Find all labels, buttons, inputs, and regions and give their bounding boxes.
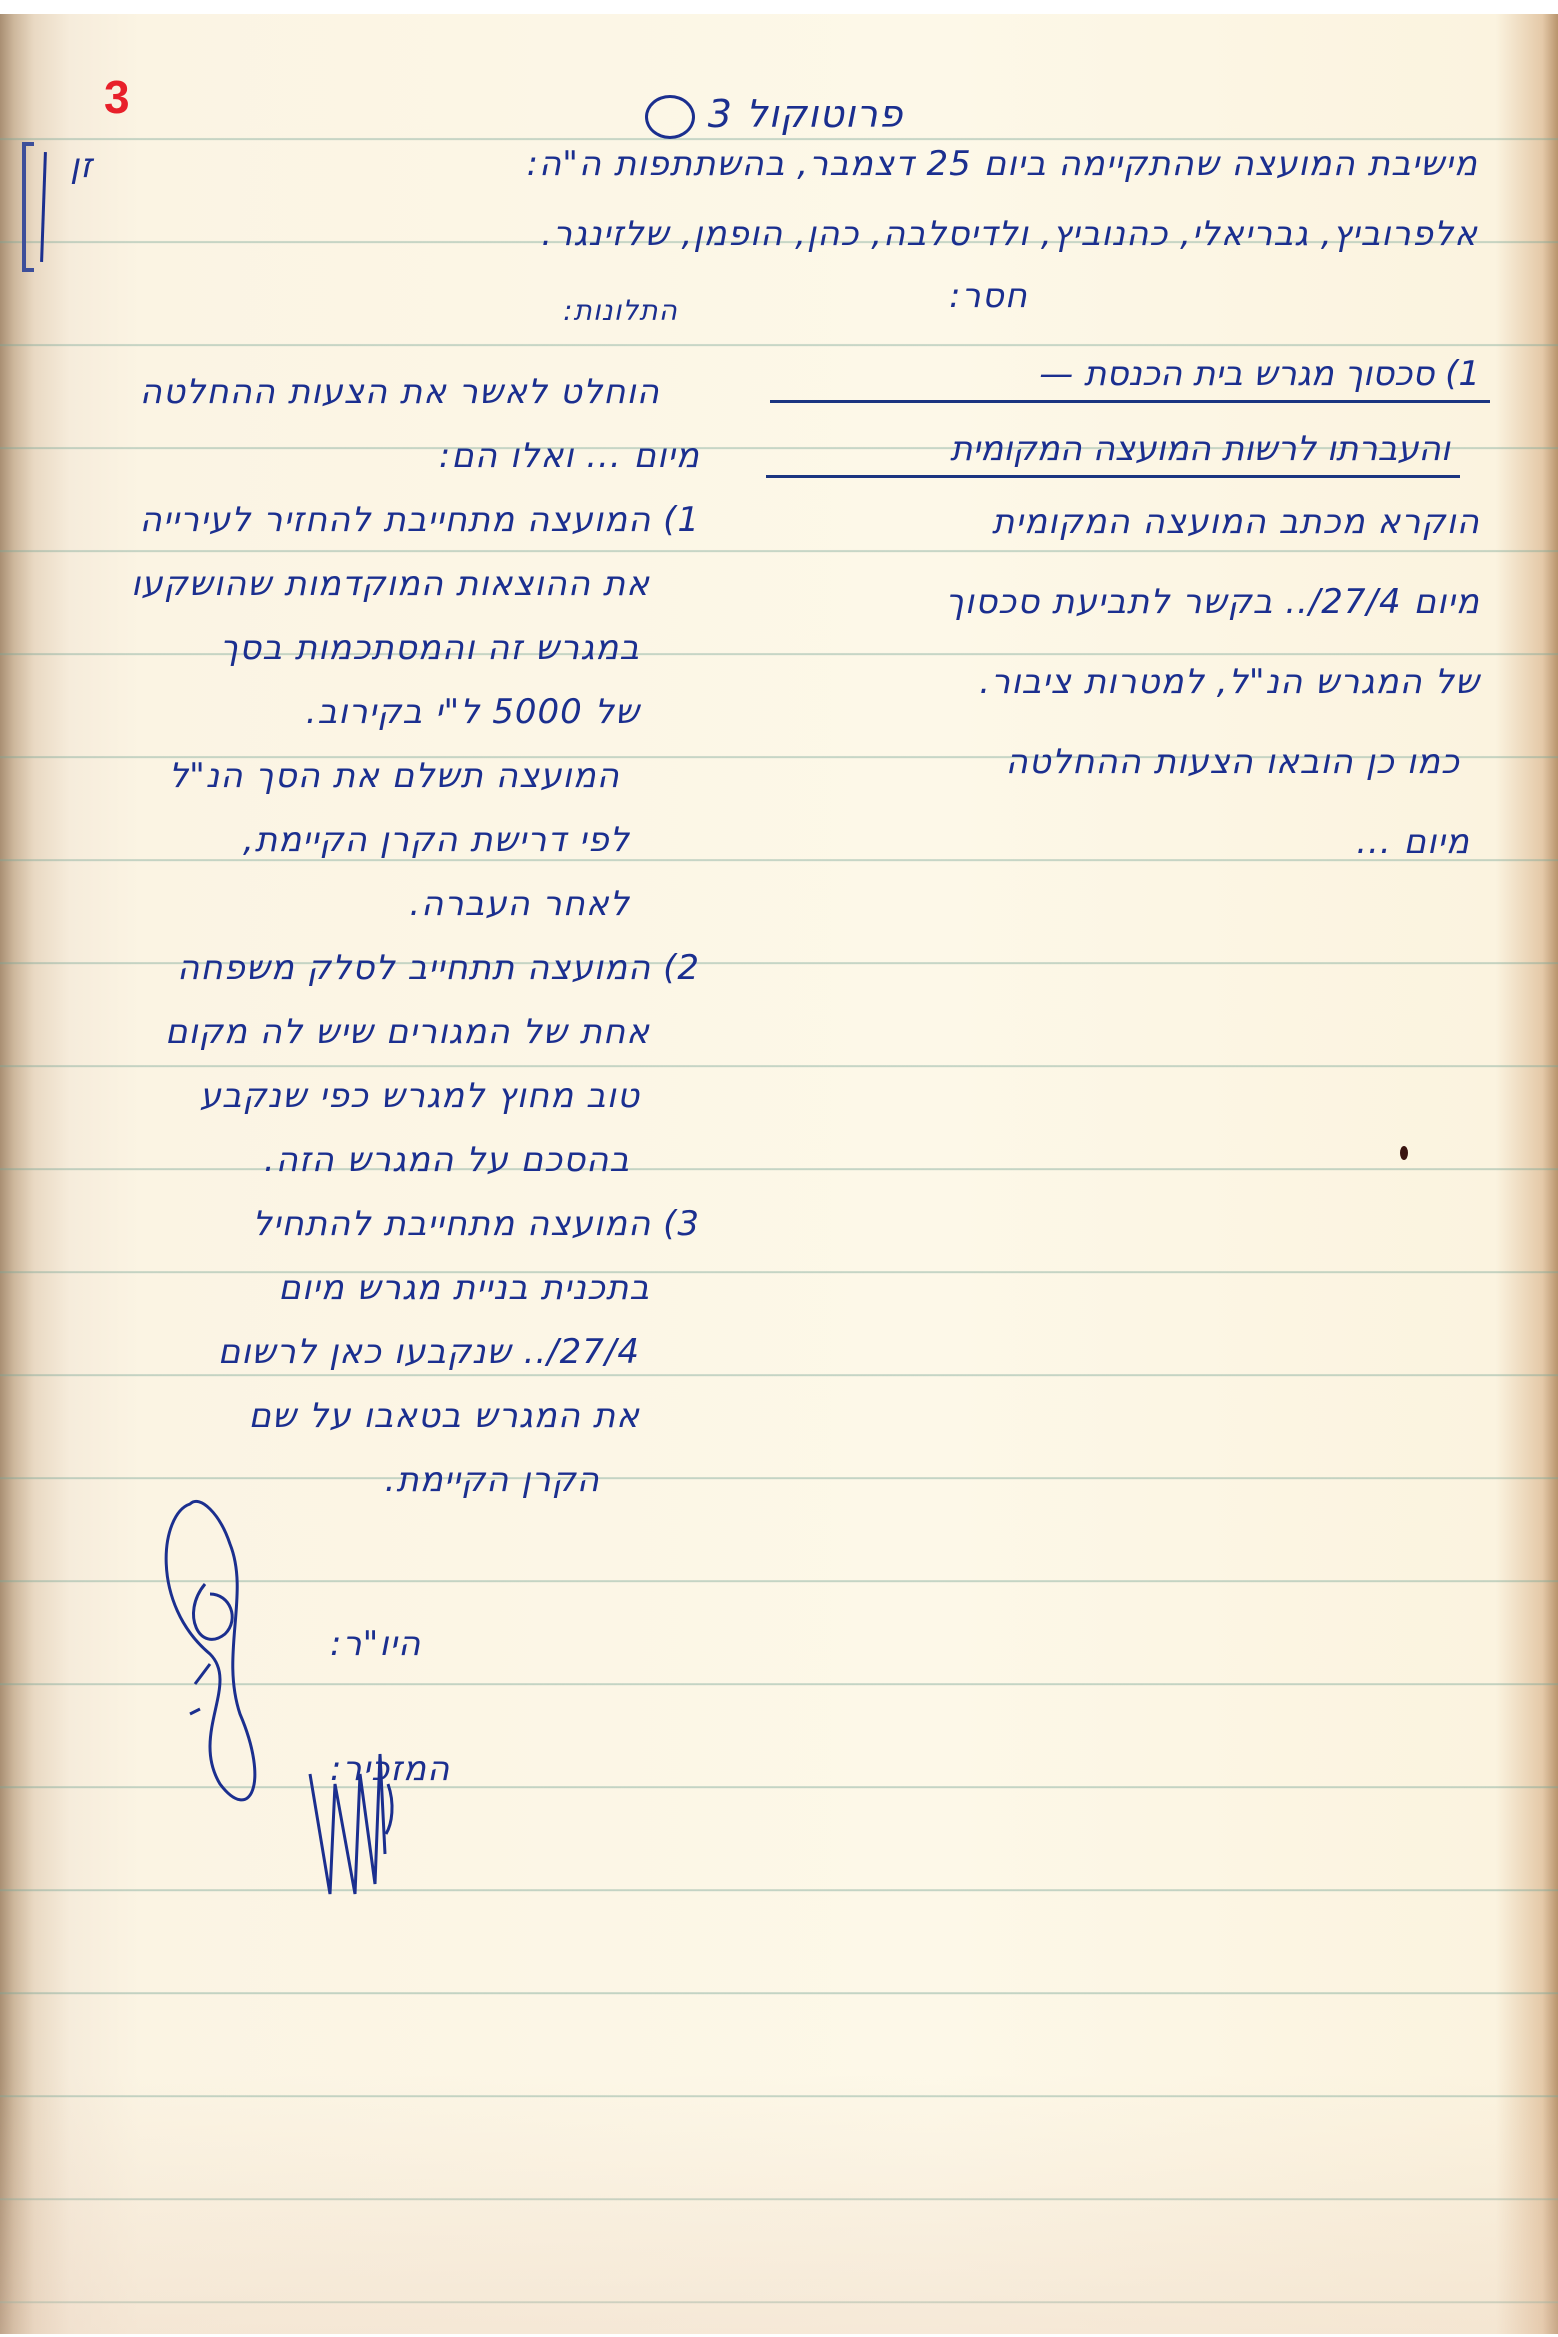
left-line: במגרש זה והמסתכמות בסך bbox=[0, 616, 640, 680]
ink-stain bbox=[1400, 1146, 1408, 1160]
scanned-page: 3 פרוטוקול 3 זן מישיבת המועצה שהתקיימה ב… bbox=[0, 14, 1558, 2334]
right-line: מיום 27/4/.. בקשר לתביעת סכסוך bbox=[760, 562, 1480, 642]
title-text: פרוטוקול 3 bbox=[708, 92, 904, 136]
left-line: 27/4/.. שנקבעו כאן לרשום bbox=[0, 1320, 640, 1384]
header-line-3: חסר: bbox=[949, 276, 1028, 316]
left-line: לאחר העברה. bbox=[0, 872, 630, 936]
left-line: בתכנית בניית מגרש מיום bbox=[0, 1256, 650, 1320]
left-line: מיום ... ואלו הם: bbox=[40, 424, 700, 488]
document-title: פרוטוקול 3 bbox=[560, 92, 980, 139]
left-line: של 5000 ל"י בקירוב. bbox=[0, 680, 640, 744]
chairman-signature bbox=[150, 1484, 300, 1814]
left-column-body: הוחלט לאשר את הצעות ההחלטה מיום ... ואלו… bbox=[40, 360, 700, 1512]
left-line: את המגרש בטאבו על שם bbox=[0, 1384, 640, 1448]
margin-note: זן bbox=[70, 146, 93, 186]
header-line-4: התלונות: bbox=[563, 294, 678, 327]
agenda-item-heading: 1) סכסוך מגרש בית הכנסת — והעברתו לרשות … bbox=[770, 354, 1490, 478]
left-line: אחת של המגורים שיש לה מקום bbox=[0, 1000, 650, 1064]
stamp-mark-icon bbox=[645, 95, 695, 139]
left-line: בהסכם על המגרש הזה. bbox=[0, 1128, 630, 1192]
right-line: כמו כן הובאו הצעות ההחלטה bbox=[740, 722, 1460, 802]
right-line: מיום ... bbox=[750, 802, 1470, 882]
heading-line-2: והעברתו לרשות המועצה המקומית bbox=[766, 429, 1460, 478]
left-line: 3) המועצה מתחייבת להתחיל bbox=[40, 1192, 700, 1256]
header-line-1: מישיבת המועצה שהתקיימה ביום 25 דצמבר, בה… bbox=[527, 144, 1478, 184]
right-line: של המגרש הנ"ל, למטרות ציבור. bbox=[760, 642, 1480, 722]
chairman-label: היו"ר: bbox=[330, 1624, 421, 1664]
right-column-body: הוקרא מכתב המועצה המקומית מיום 27/4/.. ב… bbox=[780, 482, 1500, 882]
left-line: את ההוצאות המוקדמות שהושקעו bbox=[0, 552, 650, 616]
left-line: הוחלט לאשר את הצעות ההחלטה bbox=[0, 360, 660, 424]
header-line-2: אלפרוביץ, גבריאלי, כהנוביץ, ולדיסלבה, כה… bbox=[541, 214, 1478, 254]
left-line: 2) המועצה תתחייב לסלק משפחה bbox=[40, 936, 700, 1000]
left-line: לפי דרישת הקרן הקיימת, bbox=[0, 808, 630, 872]
secretary-label: המזכיר: bbox=[330, 1749, 450, 1789]
left-line: הקרן הקיימת. bbox=[0, 1448, 600, 1512]
left-line: טוב מחוץ למגרש כפי שנקבע bbox=[0, 1064, 640, 1128]
right-line: הוקרא מכתב המועצה המקומית bbox=[760, 482, 1480, 562]
heading-line-1: 1) סכסוך מגרש בית הכנסת — bbox=[770, 354, 1490, 403]
page-number: 3 bbox=[104, 70, 130, 124]
margin-stroke bbox=[40, 152, 47, 262]
margin-bracket bbox=[22, 142, 34, 272]
left-line: המועצה תשלם את הסך הנ"ל bbox=[0, 744, 620, 808]
left-line: 1) המועצה מתחייבת להחזיר לעירייה bbox=[40, 488, 700, 552]
